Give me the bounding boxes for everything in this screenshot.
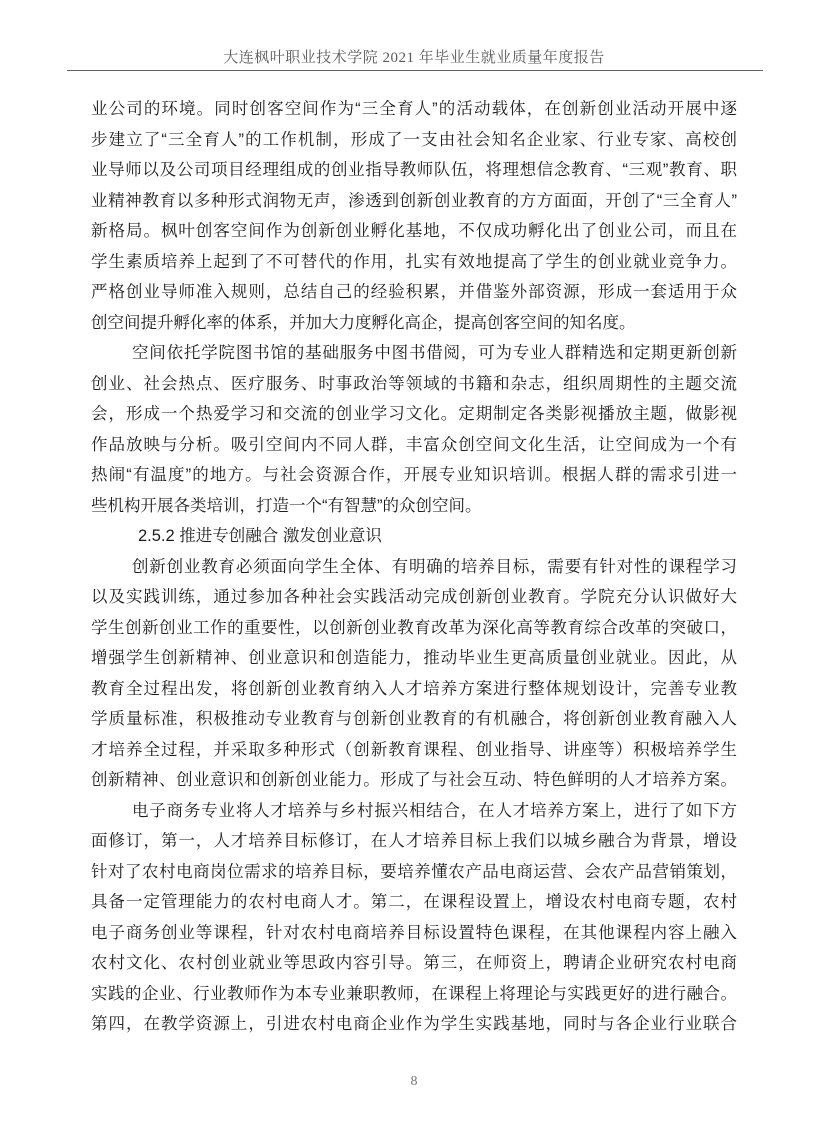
section-heading: 2.5.2 推进专创融合 激发创业意识 — [91, 521, 737, 552]
text-line: 教育全过程出发，将创新创业教育纳入人才培养方案进行整体规划设计，完善专业教 — [91, 674, 737, 705]
text-line: 面修订，第一，人才培养目标修订，在人才培养目标上我们以城乡融合为背景，增设 — [91, 826, 737, 857]
text-line: 业公司的环境。同时创客空间作为“三全育人”的活动载体，在创新创业活动开展中逐 — [91, 94, 737, 125]
paragraph-2: 空间依托学院图书馆的基础服务中图书借阅，可为专业人群精选和定期更新创新 创业、社… — [91, 338, 737, 521]
text-line: 业精神教育以多种形式润物无声，渗透到创新创业教育的方方面面，开创了“三全育人” — [91, 186, 737, 217]
text-line: 以及实践训练，通过参加各种社会实践活动完成创新创业教育。学院充分认识做好大 — [91, 582, 737, 613]
text-line: 农村文化、农村创业就业等思政内容引导。第三，在师资上，聘请企业研究农村电商 — [91, 948, 737, 979]
document-body: 业公司的环境。同时创客空间作为“三全育人”的活动载体，在创新创业活动开展中逐 步… — [91, 94, 737, 1040]
text-line: 针对了农村电商岗位需求的培养目标，要培养懂农产品电商运营、会农产品营销策划， — [91, 857, 737, 888]
text-line: 电子商务创业等课程，针对农村电商培养目标设置特色课程，在其他课程内容上融入 — [91, 918, 737, 949]
text-line: 热闹“有温度”的地方。与社会资源合作，开展专业知识培训。根据人群的需求引进一 — [91, 460, 737, 491]
text-line: 创新创业教育必须面向学生全体、有明确的培养目标，需要有针对性的课程学习 — [91, 552, 737, 583]
text-line: 学生创新创业工作的重要性，以创新创业教育改革为深化高等教育综合改革的突破口， — [91, 613, 737, 644]
running-header-title: 大连枫叶职业技术学院 2021 年毕业生就业质量年度报告 — [0, 46, 828, 67]
text-line: 会，形成一个热爱学习和交流的创业学习文化。定期制定各类影视播放主题，做影视 — [91, 399, 737, 430]
text-line: 些机构开展各类培训，打造一个“有智慧”的众创空间。 — [91, 491, 737, 522]
text-line: 学质量标准，积极推动专业教育与创新创业教育的有机融合，将创新创业教育融入人 — [91, 704, 737, 735]
paragraph-1: 业公司的环境。同时创客空间作为“三全育人”的活动载体，在创新创业活动开展中逐 步… — [91, 94, 737, 338]
text-line: 步建立了“三全育人”的工作机制，形成了一支由社会知名企业家、行业专家、高校创 — [91, 125, 737, 156]
header-divider — [67, 70, 763, 71]
text-line: 业导师以及公司项目经理组成的创业指导教师队伍，将理想信念教育、“三观”教育、职 — [91, 155, 737, 186]
text-line: 创空间提升孵化率的体系，并加大力度孵化高企，提高创客空间的知名度。 — [91, 308, 737, 339]
text-line: 才培养全过程，并采取多种形式（创新教育课程、创业指导、讲座等）积极培养学生 — [91, 735, 737, 766]
paragraph-3: 创新创业教育必须面向学生全体、有明确的培养目标，需要有针对性的课程学习 以及实践… — [91, 552, 737, 796]
text-line: 新格局。枫叶创客空间作为创新创业孵化基地，不仅成功孵化出了创业公司，而且在 — [91, 216, 737, 247]
text-line: 实践的企业、行业教师作为本专业兼职教师，在课程上将理论与实践更好的进行融合。 — [91, 979, 737, 1010]
text-line: 具备一定管理能力的农村电商人才。第二，在课程设置上，增设农村电商专题，农村 — [91, 887, 737, 918]
text-line: 空间依托学院图书馆的基础服务中图书借阅，可为专业人群精选和定期更新创新 — [91, 338, 737, 369]
text-line: 学生素质培养上起到了不可替代的作用，扎实有效地提高了学生的创业就业竞争力。 — [91, 247, 737, 278]
text-line: 增强学生创新精神、创业意识和创造能力，推动毕业生更高质量创业就业。因此，从 — [91, 643, 737, 674]
paragraph-4: 电子商务专业将人才培养与乡村振兴相结合，在人才培养方案上，进行了如下方 面修订，… — [91, 796, 737, 1040]
page-number: 8 — [0, 1074, 828, 1090]
document-page: 大连枫叶职业技术学院 2021 年毕业生就业质量年度报告 业公司的环境。同时创客… — [0, 0, 828, 1130]
text-line: 创新精神、创业意识和创新创业能力。形成了与社会互动、特色鲜明的人才培养方案。 — [91, 765, 737, 796]
text-line: 第四，在教学资源上，引进农村电商企业作为学生实践基地，同时与各企业行业联合 — [91, 1009, 737, 1040]
text-line: 创业、社会热点、医疗服务、时事政治等领域的书籍和杂志，组织周期性的主题交流 — [91, 369, 737, 400]
text-line: 作品放映与分析。吸引空间内不同人群，丰富众创空间文化生活，让空间成为一个有 — [91, 430, 737, 461]
text-line: 电子商务专业将人才培养与乡村振兴相结合，在人才培养方案上，进行了如下方 — [91, 796, 737, 827]
text-line: 严格创业导师准入规则，总结自己的经验积累，并借鉴外部资源，形成一套适用于众 — [91, 277, 737, 308]
